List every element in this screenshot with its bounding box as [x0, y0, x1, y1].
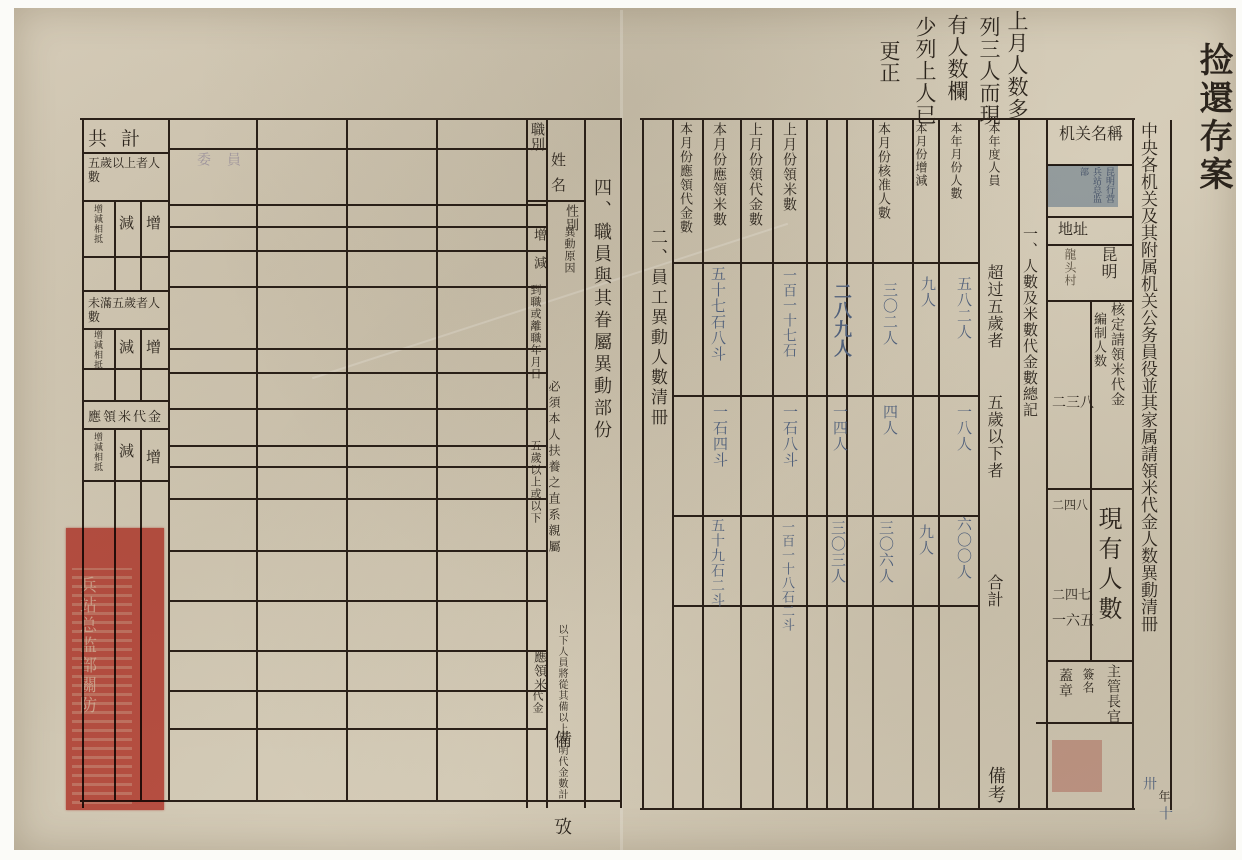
rule [168, 466, 546, 468]
header-age-range: 五歲以上或以下 [530, 440, 541, 524]
location-village: 龍头村 [1064, 248, 1076, 287]
totals-g1-increase: 增 [146, 212, 161, 233]
rule [672, 118, 674, 808]
rule [168, 408, 546, 410]
totals-g3-increase: 增 [146, 446, 161, 467]
row-label-remarks: 備考 [986, 766, 1004, 804]
rule [826, 118, 828, 808]
rule [82, 400, 168, 402]
col-header-this-rice: 本月份應領米數 [712, 122, 726, 227]
rule [642, 118, 644, 808]
section-one-label: 一、人數及米數代金數總記 [1022, 226, 1037, 418]
rule [346, 118, 348, 800]
rule [82, 256, 168, 258]
col-header-approved: 本月份核准人數 [876, 122, 889, 220]
rule [82, 368, 168, 370]
totals-group-2: 未滿五歲者人數 [88, 296, 164, 324]
col-header-last-rice: 上月份領米數 [782, 122, 796, 212]
row-label-under5: 五歲以下者 [986, 394, 1002, 479]
total-current: 六〇〇人 [956, 516, 971, 580]
rule [140, 328, 142, 400]
margin-note-line-3: 有人数欄 [946, 14, 967, 102]
rule [1170, 120, 1172, 810]
rule [168, 690, 546, 692]
section-three-label: 四、職員與其眷屬異動部份 [592, 178, 610, 442]
totals-g2-increase: 增 [146, 336, 161, 357]
rule [114, 328, 116, 400]
total-increase: 九人 [918, 524, 933, 556]
rule [640, 118, 1135, 120]
rule [806, 118, 808, 808]
rule [672, 395, 978, 397]
rule [584, 118, 586, 808]
faint-entry: 員 [226, 152, 240, 167]
rule [140, 200, 142, 290]
row-label-over5: 超过五歲者 [986, 264, 1002, 349]
current-value-2: 一六五 [1052, 610, 1094, 630]
rule [526, 118, 528, 808]
header-cash: 代金 [532, 690, 543, 714]
header-dependents-note: 必須本人扶養之直系親屬 [548, 380, 560, 556]
date-year-label: 年 [1158, 790, 1170, 803]
seal-text: 兵站总监部關防 [74, 576, 99, 716]
under5-this-cash: 一石四斗 [712, 404, 727, 468]
totals-g1-decrease: 減 [119, 212, 134, 233]
rule [672, 262, 978, 264]
rule [82, 428, 168, 430]
over5-last-cash: 一百一十七石 [782, 268, 796, 358]
rule [1048, 244, 1132, 246]
rule [1046, 118, 1048, 808]
rule [114, 200, 116, 290]
header-decrease: 減 [532, 256, 545, 270]
totals-group-1: 五歲以上者人數 [88, 156, 164, 184]
rule [82, 200, 168, 202]
current-value-1: 二四八 [1052, 496, 1088, 513]
rule [82, 290, 168, 292]
header-rice: 應領米 [532, 650, 545, 692]
rule [640, 808, 1135, 810]
current-count-label: 現有人數 [1096, 506, 1120, 626]
rule [168, 148, 546, 150]
totals-g3-decrease: 減 [119, 440, 134, 461]
signature-seal: 蓋章 [1058, 668, 1072, 698]
row-label-total: 合計 [986, 574, 1002, 608]
header-reason: 異動原因 [564, 226, 575, 274]
col-header-change: 本月份增減 [915, 122, 927, 187]
under5-approved: 一四人 [832, 404, 847, 452]
rule [740, 118, 742, 808]
location-city: 昆明 [1100, 246, 1116, 280]
rule [872, 118, 874, 808]
totals-g2-decrease: 減 [119, 336, 134, 357]
over5-this-cash: 五十七石八斗 [710, 266, 725, 362]
total-cumulative: 三〇六人 [878, 520, 893, 584]
approved-label: 核定請領米代金 [1110, 302, 1124, 407]
date-year: 卅 [1142, 776, 1156, 791]
totals-group-3: 應領米代金 [88, 406, 164, 425]
under5-last-cash: 一石八斗 [782, 404, 797, 468]
under5-cumulative: 四人 [882, 404, 897, 436]
section-two-label: 二、員工異動人數清冊 [648, 228, 665, 428]
over5-increase: 九人 [920, 276, 935, 308]
rule [1048, 660, 1132, 662]
official-seal-red: 兵站总监部關防 [66, 528, 164, 810]
rule [168, 204, 546, 206]
rule [82, 480, 168, 482]
totals-label: 共計 [88, 124, 164, 151]
date-month: 十 [1158, 806, 1172, 821]
total-last-cash: 一百一十八石二斗 [780, 520, 793, 632]
rule [938, 118, 940, 808]
archive-note: 捡還存案 [1196, 42, 1230, 194]
rule [82, 152, 168, 154]
agency-label: 机关名稱 [1054, 124, 1128, 144]
rule [1132, 118, 1134, 808]
rule [80, 118, 622, 120]
rule [168, 498, 546, 500]
rule [1018, 118, 1020, 808]
rule [168, 372, 546, 374]
faint-entry: 委 [196, 152, 210, 167]
rule [168, 445, 546, 447]
official-seal-small [1052, 740, 1102, 792]
rule [702, 118, 704, 808]
rule [168, 600, 546, 602]
total-this-cash: 五十九石二斗 [710, 518, 724, 608]
rule [256, 118, 258, 800]
form-title: 中央各机关及其附属机关公务員役並其家属請領米代金人数異動清冊 [1138, 122, 1155, 632]
col-header-month-count: 本年月份人數 [950, 122, 962, 200]
signature-sign: 簽名 [1082, 668, 1094, 694]
rule [168, 286, 546, 288]
rule [168, 118, 170, 800]
total-approved: 三〇三人 [830, 520, 845, 584]
rule [846, 118, 848, 808]
rule [912, 118, 914, 808]
totals-g2-net: 增減相抵 [92, 330, 101, 370]
margin-note-line-4: 少列上人已 [914, 16, 935, 126]
location-label: 地址 [1058, 218, 1128, 239]
col-header-last-cash: 上月份領代金數 [748, 122, 762, 227]
col-header-year: 本年度人員 [988, 122, 1000, 187]
section-three-remark: 備 攷 [552, 730, 570, 859]
over5-cumulative: 三〇二人 [882, 282, 897, 346]
over5-current: 五八二人 [956, 276, 971, 340]
rule [168, 650, 546, 652]
agency-seal: 昆明行营兵站总监部 [1048, 165, 1118, 207]
rule [978, 118, 980, 808]
totals-g1-net: 增減相抵 [92, 204, 101, 244]
header-name: 姓名 [550, 152, 565, 202]
rule [1036, 722, 1132, 724]
header-date: 到職或離職年月日 [530, 284, 541, 380]
header-increase: 增 [532, 228, 545, 242]
under5-current: 一八人 [956, 404, 971, 452]
rule [168, 226, 546, 228]
rule [436, 118, 438, 800]
totals-g3-net: 增減相抵 [92, 432, 101, 472]
signature-supervisor: 主管長官 [1106, 664, 1120, 724]
over5-approved: 二八九人 [832, 282, 850, 358]
rule [168, 348, 546, 350]
staffing-label: 編制人数 [1092, 312, 1105, 368]
rule [168, 250, 546, 252]
margin-note-line-2: 列三人而現 [978, 16, 999, 126]
rule [672, 515, 978, 517]
rule [1048, 488, 1132, 490]
rule [620, 118, 622, 808]
current-value-2-label: 二四七 [1052, 584, 1091, 603]
approved-value: 二三八 [1052, 392, 1094, 412]
rule [772, 118, 774, 808]
margin-note-line-1: 上月人数多 [1006, 10, 1027, 120]
rule [168, 550, 546, 552]
col-header-this-cash: 本月份應領代金數 [678, 122, 691, 234]
margin-note-line-5: 更正 [878, 40, 899, 84]
rule [168, 728, 546, 730]
rule [526, 200, 586, 202]
